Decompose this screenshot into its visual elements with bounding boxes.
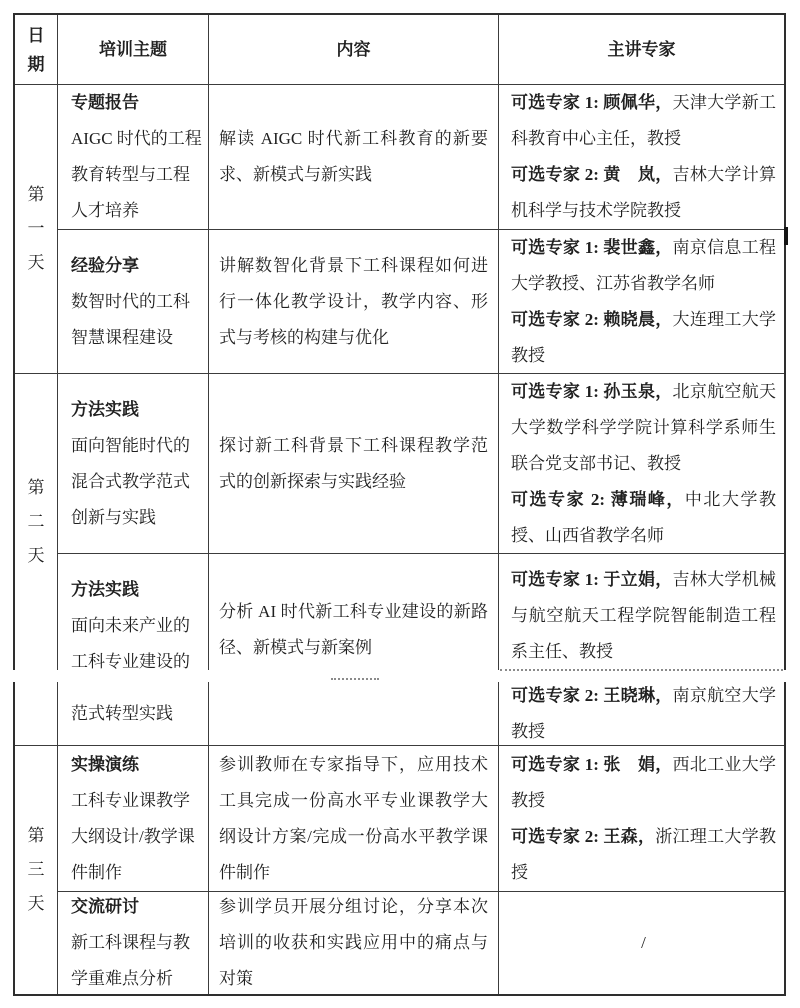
expert-entry: 可选专家 1: 张 娟，西北工业大学教授 xyxy=(511,747,776,819)
expert-entry: 可选专家 1: 于立娟，吉林大学机械与航空航天工程学院智能制造工程系主任、教授 xyxy=(511,562,776,670)
header-topic-label: 培训主题 xyxy=(99,35,167,64)
header-date: 日 期 xyxy=(15,15,58,85)
header-expert-label: 主讲专家 xyxy=(608,35,676,64)
page-break-dashed-line-expert xyxy=(500,669,783,671)
expert-entry: 可选专家 2: 薄瑞峰，中北大学教授、山西省教学名师 xyxy=(511,482,776,554)
content-text: 探讨新工科背景下工科课程教学范式的创新探索与实践经验 xyxy=(219,428,488,500)
page-break-dashed-line-content xyxy=(331,678,379,680)
day2-row1-expert: 可选专家 1: 孙玉泉，北京航空航天大学数学科学学院计算科学系师生联合党支部书记… xyxy=(499,374,784,554)
text-cursor-mark xyxy=(784,227,788,245)
topic-title: 经验分享 xyxy=(71,248,202,284)
expert-entry: 可选专家 1: 裴世鑫，南京信息工程大学教授、江苏省教学名师 xyxy=(511,230,776,302)
topic-subtitle: 工科专业课教学 大纲设计/教学课 件制作 xyxy=(71,783,202,891)
day1-label-text: 第 一 天 xyxy=(28,178,45,280)
expert-label: 可选专家 2: 赖晓晨， xyxy=(511,310,673,329)
day3-row2-expert: / xyxy=(499,892,784,994)
day3-row1-content: 参训教师在专家指导下，应用技术工具完成一份高水平专业课教学大纲设计方案/完成一份… xyxy=(209,746,499,892)
day2-label-continued xyxy=(15,682,58,746)
day2-row2-content-lower xyxy=(209,682,499,746)
day2-row2-expert-upper: 可选专家 1: 于立娟，吉林大学机械与航空航天工程学院智能制造工程系主任、教授 xyxy=(499,554,784,670)
topic-title: 方法实践 xyxy=(71,572,202,608)
expert-label: 可选专家 2: 王森， xyxy=(511,827,655,846)
expert-placeholder-slash: / xyxy=(641,925,646,961)
day2-row2-topic-upper: 方法实践 面向未来产业的 工科专业建设的 xyxy=(58,554,209,670)
header-topic: 培训主题 xyxy=(58,15,209,85)
day2-row2-content: 分析 AI 时代新工科专业建设的新路径、新模式与新案例 xyxy=(209,554,499,670)
content-text: 讲解数智化背景下工科课程如何进行一体化教学设计，教学内容、形式与考核的构建与优化 xyxy=(219,248,488,356)
content-text: 参训学员开展分组讨论，分享本次培训的收获和实践应用中的痛点与对策 xyxy=(219,892,488,994)
content-text: 参训教师在专家指导下，应用技术工具完成一份高水平专业课教学大纲设计方案/完成一份… xyxy=(219,747,488,891)
day2-label-text: 第 二 天 xyxy=(28,471,45,573)
header-content: 内容 xyxy=(209,15,499,85)
expert-label: 可选专家 2: 黄 岚， xyxy=(511,165,673,184)
day1-row1-topic: 专题报告 AIGC 时代的工程 教育转型与工程 人才培养 xyxy=(58,85,209,230)
topic-subtitle: 面向智能时代的 混合式教学范式 创新与实践 xyxy=(71,428,202,536)
day1-row1-content: 解读 AIGC 时代新工科教育的新要求、新模式与新实践 xyxy=(209,85,499,230)
expert-entry: 可选专家 1: 顾佩华，天津大学新工科教育中心主任，教授 xyxy=(511,85,776,157)
day1-row2-topic: 经验分享 数智时代的工科 智慧课程建设 xyxy=(58,230,209,374)
topic-subtitle: 新工科课程与教 学重难点分析 xyxy=(71,925,202,994)
table-part-upper: 日 期 培训主题 内容 主讲专家 第 一 天 专题报告 AIGC 时代的工程 教… xyxy=(13,13,786,670)
day3-label: 第 三 天 xyxy=(15,746,58,994)
training-schedule-document: 日 期 培训主题 内容 主讲专家 第 一 天 专题报告 AIGC 时代的工程 教… xyxy=(0,0,800,1008)
day3-row1-expert: 可选专家 1: 张 娟，西北工业大学教授 可选专家 2: 王森，浙江理工大学教授 xyxy=(499,746,784,892)
header-content-label: 内容 xyxy=(337,35,371,64)
expert-label: 可选专家 2: 王晓琳， xyxy=(511,686,673,705)
header-expert: 主讲专家 xyxy=(499,15,784,85)
day1-row1-expert: 可选专家 1: 顾佩华，天津大学新工科教育中心主任，教授 可选专家 2: 黄 岚… xyxy=(499,85,784,230)
day2-label: 第 二 天 xyxy=(15,374,58,670)
expert-label: 可选专家 1: 于立娟， xyxy=(511,570,673,589)
content-text: 解读 AIGC 时代新工科教育的新要求、新模式与新实践 xyxy=(219,121,488,193)
day3-row2-content: 参训学员开展分组讨论，分享本次培训的收获和实践应用中的痛点与对策 xyxy=(209,892,499,994)
expert-label: 可选专家 2: 薄瑞峰， xyxy=(511,490,685,509)
expert-entry: 可选专家 2: 黄 岚，吉林大学计算机科学与技术学院教授 xyxy=(511,157,776,229)
topic-title: 方法实践 xyxy=(71,392,202,428)
day2-row2-topic-lower: 范式转型实践 xyxy=(58,682,209,746)
day1-row2-expert: 可选专家 1: 裴世鑫，南京信息工程大学教授、江苏省教学名师 可选专家 2: 赖… xyxy=(499,230,784,374)
topic-subtitle: 面向未来产业的 工科专业建设的 xyxy=(71,608,202,670)
expert-label: 可选专家 1: 孙玉泉， xyxy=(511,382,673,401)
day3-row2-topic: 交流研讨 新工科课程与教 学重难点分析 xyxy=(58,892,209,994)
expert-entry: 可选专家 2: 赖晓晨，大连理工大学教授 xyxy=(511,302,776,374)
day1-label: 第 一 天 xyxy=(15,85,58,374)
topic-subtitle: AIGC 时代的工程 教育转型与工程 人才培养 xyxy=(71,121,202,229)
day3-label-text: 第 三 天 xyxy=(28,819,45,921)
topic-title: 交流研讨 xyxy=(71,892,202,925)
content-text: 分析 AI 时代新工科专业建设的新路径、新模式与新案例 xyxy=(219,594,488,666)
day1-row2-content: 讲解数智化背景下工科课程如何进行一体化教学设计，教学内容、形式与考核的构建与优化 xyxy=(209,230,499,374)
expert-entry: 可选专家 2: 王晓琳，南京航空大学教授 xyxy=(511,682,776,746)
expert-entry: 可选专家 2: 王森，浙江理工大学教授 xyxy=(511,819,776,891)
expert-entry: 可选专家 1: 孙玉泉，北京航空航天大学数学科学学院计算科学系师生联合党支部书记… xyxy=(511,374,776,482)
topic-subtitle: 范式转型实践 xyxy=(71,696,202,732)
expert-label: 可选专家 1: 顾佩华， xyxy=(511,93,673,112)
day2-row1-topic: 方法实践 面向智能时代的 混合式教学范式 创新与实践 xyxy=(58,374,209,554)
table-part-lower: 范式转型实践 可选专家 2: 王晓琳，南京航空大学教授 第 三 天 实操演练 工… xyxy=(13,682,786,996)
day3-row1-topic: 实操演练 工科专业课教学 大纲设计/教学课 件制作 xyxy=(58,746,209,892)
expert-label: 可选专家 1: 张 娟， xyxy=(511,755,673,774)
expert-label: 可选专家 1: 裴世鑫， xyxy=(511,238,673,257)
topic-title: 专题报告 xyxy=(71,85,202,121)
day2-row2-expert-lower: 可选专家 2: 王晓琳，南京航空大学教授 xyxy=(499,682,784,746)
topic-title: 实操演练 xyxy=(71,747,202,783)
day2-row1-content: 探讨新工科背景下工科课程教学范式的创新探索与实践经验 xyxy=(209,374,499,554)
topic-subtitle: 数智时代的工科 智慧课程建设 xyxy=(71,284,202,356)
header-date-label: 日 期 xyxy=(28,21,45,79)
